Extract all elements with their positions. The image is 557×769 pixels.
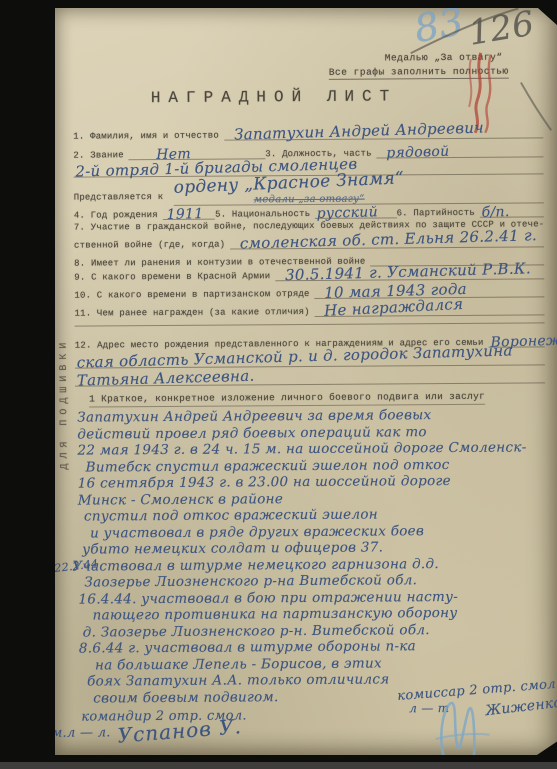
commander-rank: м.л — л. (51, 725, 110, 740)
fill-line: б/п. (480, 203, 544, 217)
document-title: НАГРАДНОЙ ЛИСТ (53, 87, 495, 108)
field-row-birth-nation-party: 4. Год рождения 1911 5. Национальность р… (74, 202, 544, 220)
field-label: 5. Национальность (215, 209, 315, 220)
field-value: б/п. (482, 204, 510, 221)
feat-section-heading: 1 Краткое, конкретное изложение личного … (89, 391, 485, 408)
fill-line: ская область Усманской р. и д. городок З… (75, 351, 545, 368)
feat-line: 22 мая 1943 г. в 24 ч. 15 м. на шоссейно… (77, 439, 527, 459)
fill-line: смоленская об. ст. Ельня 26.2.41 г. (230, 233, 544, 249)
blue-pencil-monogram (429, 695, 493, 765)
field-value: русский (317, 204, 379, 222)
fill-line: Запатухин Андрей Андреевич (224, 124, 543, 140)
field-label: 1. Фамилия, имя и отчество (73, 131, 224, 142)
field-row-partisan: 10. С какого времени в партизанском отря… (74, 282, 544, 300)
field-value: Татьяна Алексеевна. (77, 367, 255, 390)
field-row-prior-awards: 11. Чем ранее награжден (за какие отличи… (74, 300, 544, 318)
fill-line: 30.5.1941 г. Усманский Р.В.К. (275, 265, 544, 281)
field-label: 4. Год рождения (74, 210, 163, 221)
field-label: 10. С какого времени в партизанском отря… (74, 289, 314, 301)
paper-content: 83 126 Медалью „За отвагу“ Все графы зап… (52, 6, 557, 756)
field-label: 9. С какого времени в Красной Армии (74, 271, 275, 282)
field-label: 11. Чем ранее награжден (за какие отличи… (74, 307, 314, 319)
field-value: рядовой (386, 144, 450, 162)
field-row-address-3: Татьяна Алексеевна. (75, 368, 545, 386)
fill-line: 1911 (163, 206, 215, 220)
field-row-address-2: ская область Усманской р. и д. городок З… (75, 350, 545, 368)
fill-line: русский (315, 204, 396, 219)
filing-margin-vertical-text: ДЛЯ ПОДШИВКИ (59, 338, 71, 470)
field-row-red-army: 9. С какого времени в Красной Армии 30.5… (74, 264, 544, 282)
fill-line: Не награждался (315, 301, 545, 317)
field-label: 2. Звание (73, 150, 128, 160)
feat-narrative: Запатухин Андрей Андреевич за время боев… (77, 406, 529, 706)
field-label: ственной войне (где, когда) (74, 240, 230, 251)
section-divider-line (75, 322, 545, 326)
scan-bottom-strip (0, 762, 557, 769)
paper-sheet: 83 126 Медалью „За отвагу“ Все графы зап… (55, 8, 557, 755)
fill-line: Татьяна Алексеевна. (75, 369, 545, 386)
field-value: Запатухин Андрей Андреевич (233, 119, 483, 144)
field-row-war-participation: ственной войне (где, когда) смоленская о… (74, 232, 544, 250)
scanned-award-document: 83 126 Медалью „За отвагу“ Все графы зап… (0, 0, 557, 769)
presented-to-label: Представляется к (74, 192, 169, 203)
field-value: 1911 (166, 206, 203, 223)
field-row-name: 1. Фамилия, имя и отчество Запатухин Анд… (73, 123, 543, 141)
field-label: 6. Партийность (397, 208, 480, 219)
fill-line: рядовой (377, 143, 544, 158)
